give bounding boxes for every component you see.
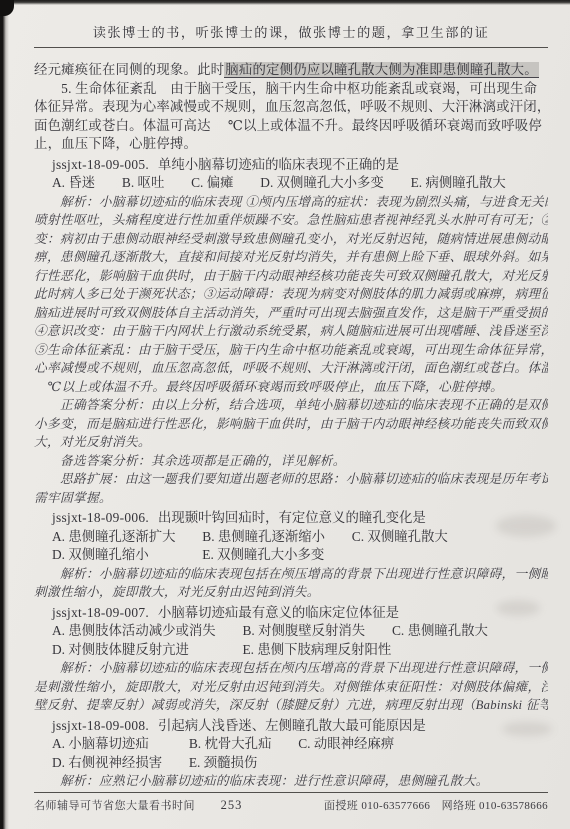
- question-id: jssjxt-18-09-005.: [52, 157, 149, 172]
- analysis-line: 此时病人多已处于濒死状态；③运动障碍：表现为病变对侧肢体的肌力减弱或麻痹，病理征…: [34, 285, 548, 304]
- analysis-line: ℃以上或体温不升。最终因呼吸循环衰竭而致呼吸停止，血压下降，心脏停搏。: [34, 378, 548, 397]
- analysis-line: 解析：小脑幕切迹疝的临床表现包括在颅内压增高的背景下出现进行性意识障碍，一侧瞳孔…: [34, 659, 548, 678]
- option-line: A. 小脑幕切迹疝 B. 枕骨大孔疝 C. 动眼神经麻痹: [34, 735, 548, 754]
- analysis-line: 行性恶化，影响脑干血供时，由于脑干内动眼神经核功能丧失可致双侧瞳孔散大，对光反射…: [34, 267, 548, 286]
- question-options: A. 患侧瞳孔逐渐扩大 B. 患侧瞳孔逐渐缩小 C. 双侧瞳孔散大D. 双侧瞳孔…: [34, 528, 548, 565]
- footer-contact-numbers: 面授班 010-63577666 网络班 010-63578666: [324, 797, 548, 813]
- analysis-line: 备选答案分析：其余选项都是正确的，详见解析。: [34, 452, 548, 471]
- analysis-line: ④意识改变：由于脑干内网状上行激动系统受累，病人随脑疝进展可出现嗜睡、浅昏迷至深…: [34, 322, 548, 341]
- scan-edge-left: [0, 0, 9, 829]
- question-stem: 单纯小脑幕切迹疝的临床表现不正确的是: [158, 157, 399, 172]
- analysis-line: 壁反射、提睾反射）减弱或消失，深反射（膝腱反射）亢进，病理反射出现（Babins…: [34, 696, 548, 715]
- analysis-line: 解析：应熟记小脑幕切迹疝的临床表现：进行性意识障碍，患侧瞳孔散大。: [34, 772, 548, 791]
- analysis-line: 思路扩展：由这一题我们要知道出题老师的思路：小脑幕切迹疝的临床表现是历年考试重点…: [34, 470, 548, 489]
- page-content: 读张博士的书，听张博士的课，做张博士的题，拿卫生部的证 经元瘫痪征在同侧的现象。…: [34, 0, 548, 791]
- intro-line-with-highlight: 经元瘫痪征在同侧的现象。此时脑疝的定侧仍应以瞳孔散大侧为准即患侧瞳孔散大。: [34, 61, 548, 80]
- analysis-line: 心率减慢或不规则，血压忽高忽低，呼吸不规则、大汗淋漓或汗闭，面色潮红或苍白。体温…: [34, 359, 548, 378]
- key-point-highlight: 脑疝的定侧仍应以瞳孔散大侧为准即患侧瞳孔散大。: [224, 62, 539, 78]
- question-block-007: jssjxt-18-09-007.小脑幕切迹疝最有意义的临床定位体征是 A. 患…: [34, 604, 548, 715]
- option-line: A. 昏迷 B. 呕吐 C. 偏瘫 D. 双侧瞳孔大小多变 E. 病侧瞳孔散大: [34, 174, 548, 193]
- analysis-line: 小多变，而是脑疝进行性恶化，影响脑干血供时，由于脑干内动眼神经核功能丧失而致双侧…: [34, 415, 548, 434]
- question-analysis: 解析：小脑幕切迹疝的临床表现包括在颅压增高的背景下出现进行性意识障碍，一侧瞳孔先…: [34, 565, 548, 602]
- analysis-line: 痹，患侧瞳孔逐渐散大，直接和间接对光反射均消失，并有患侧上睑下垂、眼球外斜。如果…: [34, 248, 548, 267]
- footer-tagline: 名师辅导可节省您大量看书时间: [34, 797, 195, 813]
- question-id: jssjxt-18-09-008.: [52, 718, 149, 733]
- question-stem: 出现颞叶钩回疝时，有定位意义的瞳孔变化是: [158, 510, 426, 525]
- analysis-line: 解析：小脑幕切迹疝的临床表现 ①颅内压增高的症状：表现为剧烈头痛，与进食无关的频…: [34, 193, 548, 212]
- analysis-line: 需牢固掌握。: [34, 489, 548, 508]
- question-options: A. 患侧肢体活动减少或消失 B. 对侧腹壁反射消失 C. 患侧瞳孔散大D. 对…: [34, 622, 548, 659]
- header-rule: [34, 47, 548, 48]
- scanned-book-page: 读张博士的书，听张博士的课，做张博士的题，拿卫生部的证 经元瘫痪征在同侧的现象。…: [0, 0, 570, 829]
- page-number: 253: [221, 798, 243, 813]
- option-line: A. 患侧瞳孔逐渐扩大 B. 患侧瞳孔逐渐缩小 C. 双侧瞳孔散大: [34, 528, 548, 547]
- intro-paragraph: 经元瘫痪征在同侧的现象。此时脑疝的定侧仍应以瞳孔散大侧为准即患侧瞳孔散大。 5.…: [34, 61, 548, 154]
- question-stem: 引起病人浅昏迷、左侧瞳孔散大最可能原因是: [158, 718, 426, 733]
- intro-text-line: 体征异常。表现为心率减慢或不规则，血压忽高忽低，呼吸不规则、大汗淋漓或汗闭，: [34, 98, 548, 117]
- analysis-line: 是刺激性缩小，旋即散大，对光反射由迟钝到消失。对侧锥体束征阳性：对侧肢体偏瘫，浅…: [34, 678, 548, 697]
- option-line: A. 患侧肢体活动减少或消失 B. 对侧腹壁反射消失 C. 患侧瞳孔散大: [34, 622, 548, 641]
- question-heading: jssjxt-18-09-006.出现颞叶钩回疝时，有定位意义的瞳孔变化是: [34, 509, 548, 528]
- analysis-line: 正确答案分析：由以上分析，结合选项，单纯小脑幕切迹疝的临床表现不正确的是双侧瞳孔…: [34, 396, 548, 415]
- question-options: A. 小脑幕切迹疝 B. 枕骨大孔疝 C. 动眼神经麻痹D. 右侧视神经损害 E…: [34, 735, 548, 772]
- question-stem: 小脑幕切迹疝最有意义的临床定位体征是: [158, 605, 399, 620]
- analysis-line: 大，对光反射消失。: [34, 433, 548, 452]
- question-analysis: 解析：小脑幕切迹疝的临床表现 ①颅内压增高的症状：表现为剧烈头痛，与进食无关的频…: [34, 193, 548, 508]
- question-analysis: 解析：小脑幕切迹疝的临床表现包括在颅内压增高的背景下出现进行性意识障碍，一侧瞳孔…: [34, 659, 548, 715]
- page-footer: 名师辅导可节省您大量看书时间 253 面授班 010-63577666 网络班 …: [34, 792, 548, 813]
- question-heading: jssjxt-18-09-008.引起病人浅昏迷、左侧瞳孔散大最可能原因是: [34, 717, 548, 736]
- option-line: D. 右侧视神经损害 E. 颈髓损伤: [34, 754, 548, 773]
- analysis-line: 刺激性缩小，旋即散大，对光反射由迟钝到消失。: [34, 583, 548, 602]
- question-heading: jssjxt-18-09-005.单纯小脑幕切迹疝的临床表现不正确的是: [34, 156, 548, 175]
- analysis-line: 解析：小脑幕切迹疝的临床表现包括在颅压增高的背景下出现进行性意识障碍，一侧瞳孔先…: [34, 565, 548, 584]
- question-id: jssjxt-18-09-006.: [52, 510, 149, 525]
- intro-text-line: 止，血压下降，心脏停搏。: [34, 135, 548, 154]
- header-slogan: 读张博士的书，听张博士的课，做张博士的题，拿卫生部的证: [34, 22, 548, 41]
- analysis-line: 脑疝进展时可致双侧肢体自主活动消失，严重时可出现去脑强直发作，这是脑干严重受损的…: [34, 304, 548, 323]
- intro-text-line: 面色潮红或苍白。体温可高达 ℃以上或体温不升。最终因呼吸循环衰竭而致呼吸停: [34, 117, 548, 136]
- question-block-008: jssjxt-18-09-008.引起病人浅昏迷、左侧瞳孔散大最可能原因是 A.…: [34, 717, 548, 791]
- intro-plain-text: 经元瘫痪征在同侧的现象。此时: [34, 62, 224, 77]
- question-block-005: jssjxt-18-09-005.单纯小脑幕切迹疝的临床表现不正确的是 A. 昏…: [34, 156, 548, 508]
- option-line: D. 对侧肢体腱反射亢进 E. 患侧下肢病理反射阳性: [34, 641, 548, 660]
- analysis-line: ⑤生命体征紊乱：由于脑干受压，脑干内生命中枢功能紊乱或衰竭，可出现生命体征异常，…: [34, 341, 548, 360]
- footer-rule: [34, 792, 548, 793]
- analysis-line: 喷射性呕吐，头痛程度进行性加重伴烦躁不安。急性脑疝患者视神经乳头水肿可有可无；②…: [34, 211, 548, 230]
- question-id: jssjxt-18-09-007.: [52, 605, 149, 620]
- question-options: A. 昏迷 B. 呕吐 C. 偏瘫 D. 双侧瞳孔大小多变 E. 病侧瞳孔散大: [34, 174, 548, 193]
- intro-text-line: 5. 生命体征紊乱 由于脑干受压，脑干内生命中枢功能紊乱或衰竭，可出现生命: [34, 80, 548, 99]
- question-analysis: 解析：应熟记小脑幕切迹疝的临床表现：进行性意识障碍，患侧瞳孔散大。: [34, 772, 548, 791]
- question-block-006: jssjxt-18-09-006.出现颞叶钩回疝时，有定位意义的瞳孔变化是 A.…: [34, 509, 548, 602]
- question-heading: jssjxt-18-09-007.小脑幕切迹疝最有意义的临床定位体征是: [34, 604, 548, 623]
- scan-corner-artifact: [0, 0, 14, 16]
- analysis-line: 变：病初由于患侧动眼神经受刺激导致患侧瞳孔变小，对光反射迟钝，随病情进展患侧动眼…: [34, 230, 548, 249]
- intro-lines: 5. 生命体征紊乱 由于脑干受压，脑干内生命中枢功能紊乱或衰竭，可出现生命体征异…: [34, 80, 548, 154]
- option-line: D. 双侧瞳孔缩小 E. 双侧瞳孔大小多变: [34, 546, 548, 565]
